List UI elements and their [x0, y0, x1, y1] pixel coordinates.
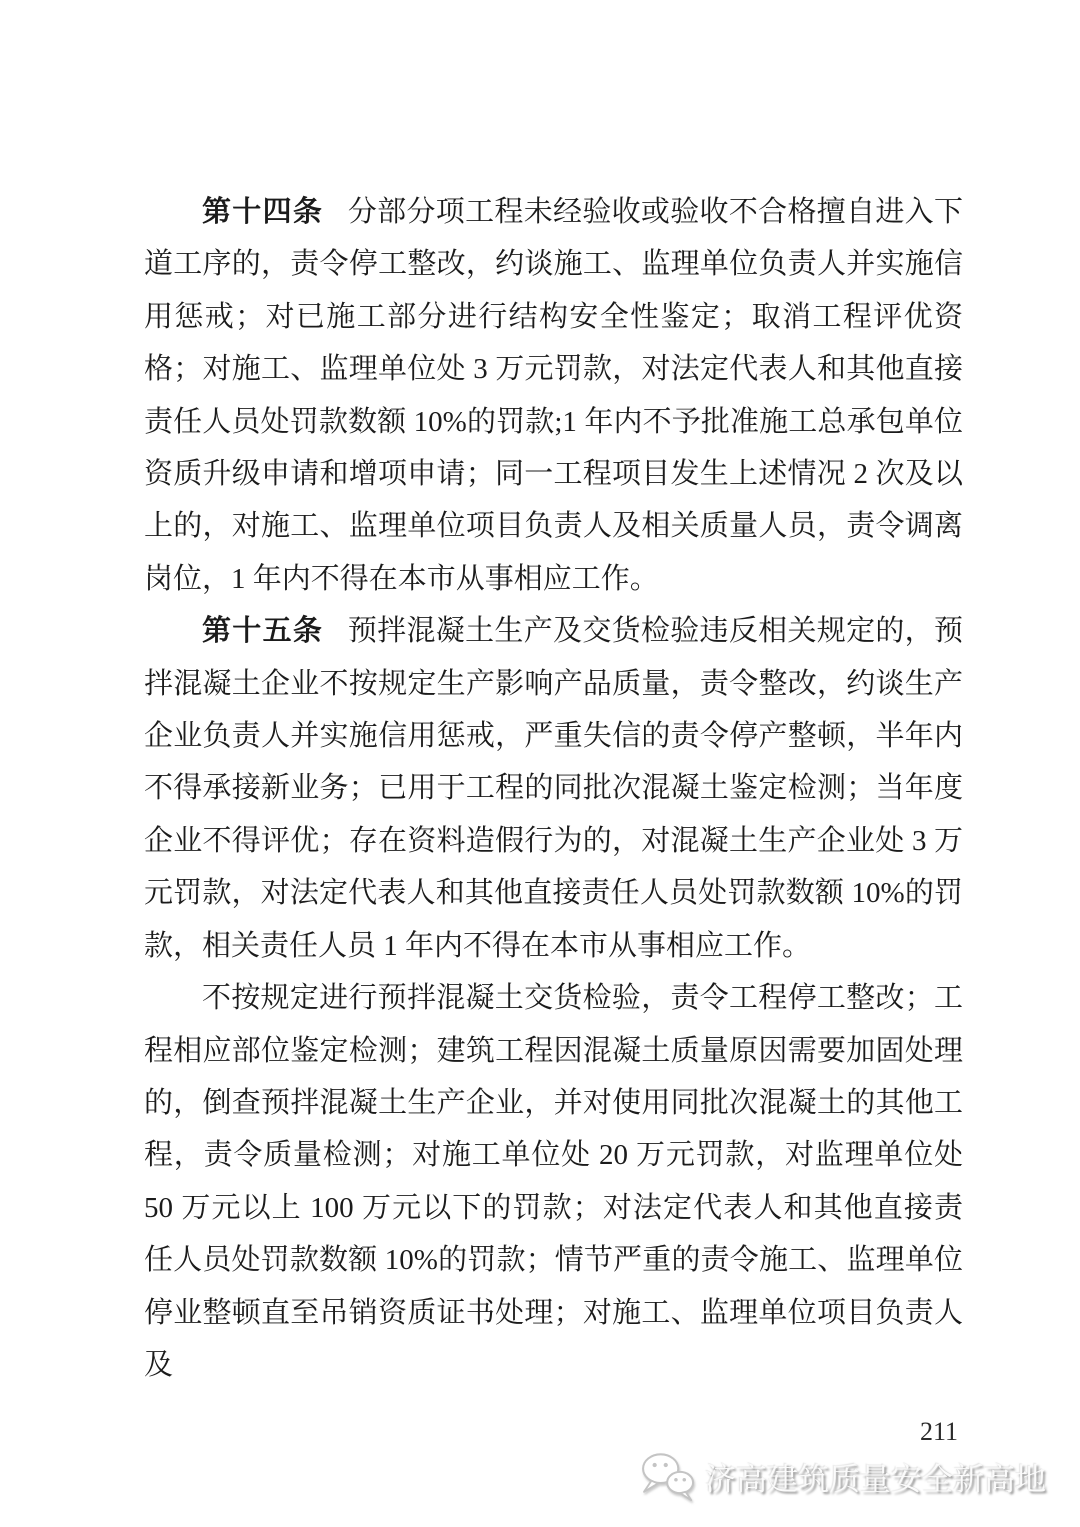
article-15-continued-text: 不按规定进行预拌混凝土交货检验，责令工程停工整改；工程相应部位鉴定检测；建筑工程…: [144, 982, 963, 1381]
wechat-icon: [640, 1452, 698, 1507]
article-14-term: 第十四条: [202, 196, 323, 228]
article-14-text: 分部分项工程未经验收或验收不合格擅自进入下道工序的，责令停工整改，约谈施工、监理…: [144, 196, 963, 595]
document-body: 第十四条分部分项工程未经验收或验收不合格擅自进入下道工序的，责令停工整改，约谈施…: [144, 186, 963, 1391]
article-15-text: 预拌混凝土生产及交货检验违反相关规定的，预拌混凝土企业不按规定生产影响产品质量，…: [144, 615, 963, 961]
document-page: 第十四条分部分项工程未经验收或验收不合格擅自进入下道工序的，责令停工整改，约谈施…: [0, 0, 1080, 1527]
watermark: 济高建筑质量安全新高地: [640, 1452, 1046, 1507]
paragraph-article-15-continued: 不按规定进行预拌混凝土交货检验，责令工程停工整改；工程相应部位鉴定检测；建筑工程…: [144, 972, 963, 1391]
paragraph-article-14: 第十四条分部分项工程未经验收或验收不合格擅自进入下道工序的，责令停工整改，约谈施…: [144, 186, 963, 605]
watermark-text: 济高建筑质量安全新高地: [705, 1455, 1046, 1505]
paragraph-article-15: 第十五条预拌混凝土生产及交货检验违反相关规定的，预拌混凝土企业不按规定生产影响产…: [144, 605, 963, 972]
page-number: 211: [920, 1417, 958, 1447]
article-15-term: 第十五条: [202, 615, 323, 647]
